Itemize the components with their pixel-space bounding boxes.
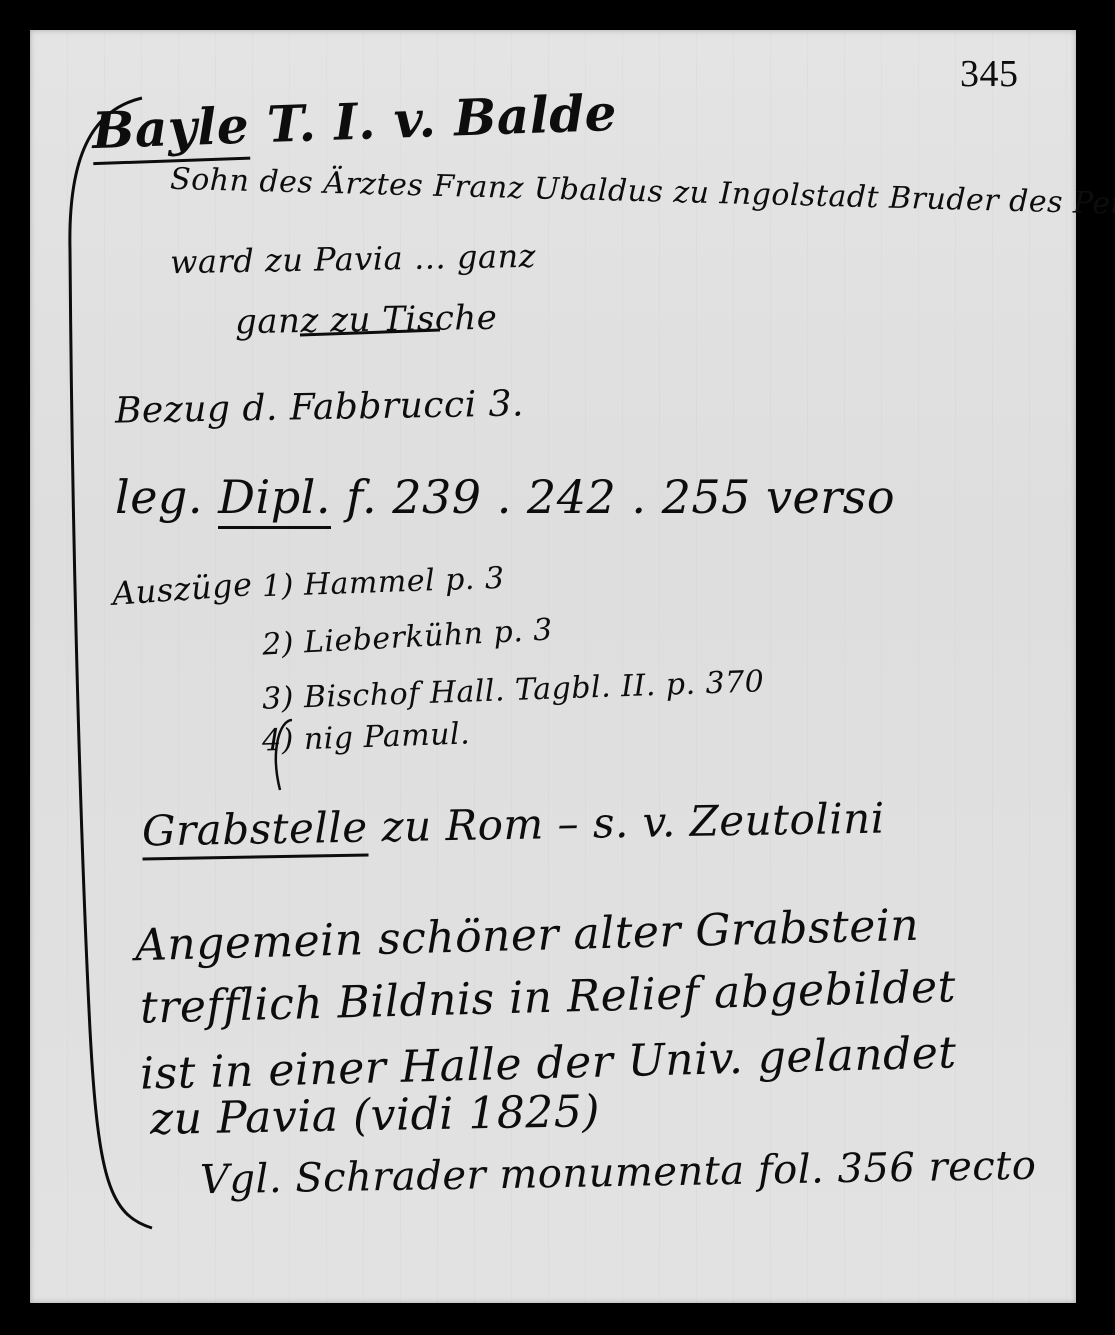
text-line-2: Sohn des Ärztes Franz Ubaldus zu Ingolst… [170, 162, 1115, 225]
line9-underlined: Grabstelle [142, 803, 368, 861]
text-line-4: ganz zu Tische [235, 298, 498, 343]
line6-label: leg. [115, 470, 203, 524]
line9-rest: zu Rom – s. v. Zeutolini [381, 794, 885, 852]
text-line-9: Grabstelle zu Rom – s. v. Zeutolini [142, 794, 885, 856]
heading-reference: T. I. v. Balde [266, 83, 618, 154]
text-line-6: leg. Dipl. f. 239 . 242 . 255 verso [115, 470, 895, 524]
text-line-3: ward zu Pavia … ganz [170, 237, 537, 281]
text-line-5: Bezug d. Fabbrucci 3. [115, 383, 525, 431]
text-line-7: Auszüge [111, 565, 254, 613]
folio-number: 345 [960, 52, 1019, 96]
list-item: 1) Hammel p. 3 [261, 561, 505, 604]
line6-underlined: Dipl. [218, 470, 331, 529]
line6-folios: f. 239 . 242 . 255 verso [346, 470, 895, 524]
heading-line: Bayle T. I. v. Balde [91, 83, 618, 160]
list-item: 2) Lieberkühn p. 3 [261, 612, 553, 662]
heading-name: Bayle [91, 96, 250, 165]
list-item: 4) nig Pamul. [261, 716, 470, 758]
paragraph-line-2: trefflich Bildnis in Relief abgebildet [139, 961, 956, 1033]
manuscript-page: 345 Bayle T. I. v. Balde Sohn des Ärztes… [30, 30, 1076, 1303]
paragraph-line-4: zu Pavia (vidi 1825) [150, 1086, 601, 1145]
paragraph-line-1: Angemein schöner alter Grabstein [134, 900, 919, 972]
list-item: 3) Bischof Hall. Tagbl. II. p. 370 [262, 664, 765, 717]
final-reference-line: Vgl. Schrader monumenta fol. 356 recto [200, 1143, 1037, 1204]
